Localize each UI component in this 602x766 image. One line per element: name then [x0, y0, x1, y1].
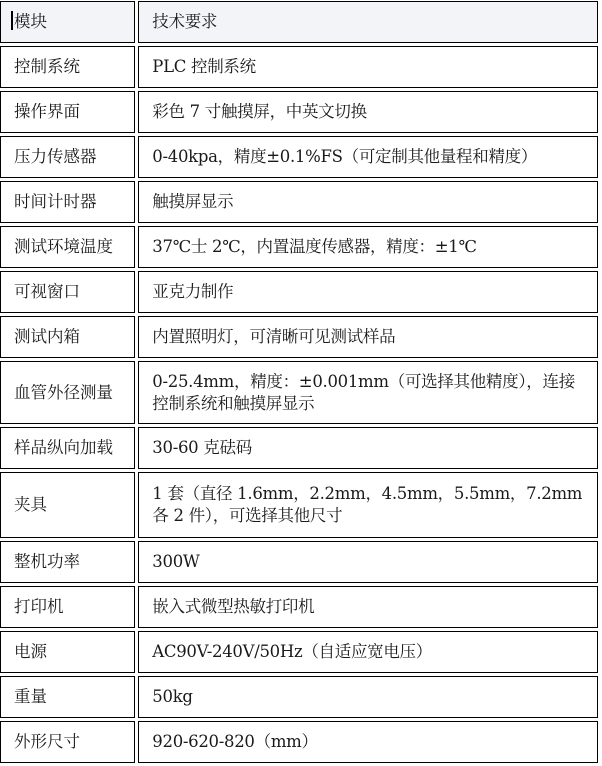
module-cell[interactable]: 重量 [0, 676, 135, 718]
table-row: 重量 50kg [0, 676, 598, 718]
module-cell[interactable]: 可视窗口 [0, 271, 135, 313]
requirement-cell[interactable]: 彩色 7 寸触摸屏，中英文切换 [138, 91, 598, 133]
table-row: 整机功率 300W [0, 541, 598, 583]
requirement-cell[interactable]: 920-620-820（mm） [138, 721, 598, 763]
text-cursor [11, 11, 13, 30]
module-cell[interactable]: 血管外径测量 [0, 361, 135, 424]
requirement-cell[interactable]: 50kg [138, 676, 598, 718]
module-cell[interactable]: 控制系统 [0, 46, 135, 88]
requirement-cell[interactable]: 30-60 克砝码 [138, 427, 598, 469]
table-row: 血管外径测量 0-25.4mm，精度：±0.001mm（可选择其他精度），连接控… [0, 361, 598, 424]
module-cell[interactable]: 样品纵向加载 [0, 427, 135, 469]
module-cell[interactable]: 测试内箱 [0, 316, 135, 358]
requirement-cell[interactable]: 300W [138, 541, 598, 583]
module-cell[interactable]: 电源 [0, 631, 135, 673]
requirement-cell[interactable]: AC90V-240V/50Hz（自适应宽电压） [138, 631, 598, 673]
header-cell-requirement[interactable]: 技术要求 [138, 1, 598, 43]
module-cell[interactable]: 操作界面 [0, 91, 135, 133]
requirement-cell[interactable]: 1 套（直径 1.6mm，2.2mm，4.5mm，5.5mm，7.2mm 各 2… [138, 472, 598, 538]
table-row: 打印机 嵌入式微型热敏打印机 [0, 586, 598, 628]
table-row: 样品纵向加载 30-60 克砝码 [0, 427, 598, 469]
module-cell[interactable]: 夹具 [0, 472, 135, 538]
table-row: 夹具 1 套（直径 1.6mm，2.2mm，4.5mm，5.5mm，7.2mm … [0, 472, 598, 538]
table-row: 电源 AC90V-240V/50Hz（自适应宽电压） [0, 631, 598, 673]
requirement-cell[interactable]: 内置照明灯，可清晰可见测试样品 [138, 316, 598, 358]
table-row: 压力传感器 0-40kpa，精度±0.1%FS（可定制其他量程和精度） [0, 136, 598, 178]
requirement-cell[interactable]: 0-25.4mm，精度：±0.001mm（可选择其他精度），连接控制系统和触摸屏… [138, 361, 598, 424]
header-cell-module[interactable]: 模块 [0, 1, 135, 43]
header-module-label: 模块 [14, 12, 47, 31]
header-requirement-label: 技术要求 [152, 12, 217, 31]
table-row: 操作界面 彩色 7 寸触摸屏，中英文切换 [0, 91, 598, 133]
table-row: 测试环境温度 37℃士 2℃，内置温度传感器，精度：±1℃ [0, 226, 598, 268]
module-cell[interactable]: 外形尺寸 [0, 721, 135, 763]
spec-table: 模块 技术要求 控制系统 PLC 控制系统 操作界面 彩色 7 寸触摸屏，中英文… [0, 0, 601, 766]
module-cell[interactable]: 时间计时器 [0, 181, 135, 223]
requirement-cell[interactable]: 37℃士 2℃，内置温度传感器，精度：±1℃ [138, 226, 598, 268]
requirement-cell[interactable]: 触摸屏显示 [138, 181, 598, 223]
module-cell[interactable]: 压力传感器 [0, 136, 135, 178]
module-cell[interactable]: 整机功率 [0, 541, 135, 583]
table-row: 测试内箱 内置照明灯，可清晰可见测试样品 [0, 316, 598, 358]
requirement-cell[interactable]: 0-40kpa，精度±0.1%FS（可定制其他量程和精度） [138, 136, 598, 178]
module-cell[interactable]: 测试环境温度 [0, 226, 135, 268]
table-row: 时间计时器 触摸屏显示 [0, 181, 598, 223]
table-row: 控制系统 PLC 控制系统 [0, 46, 598, 88]
requirement-cell[interactable]: PLC 控制系统 [138, 46, 598, 88]
requirement-cell[interactable]: 亚克力制作 [138, 271, 598, 313]
table-header-row: 模块 技术要求 [0, 1, 598, 43]
requirement-cell[interactable]: 嵌入式微型热敏打印机 [138, 586, 598, 628]
table-row: 外形尺寸 920-620-820（mm） [0, 721, 598, 763]
table-row: 可视窗口 亚克力制作 [0, 271, 598, 313]
module-cell[interactable]: 打印机 [0, 586, 135, 628]
